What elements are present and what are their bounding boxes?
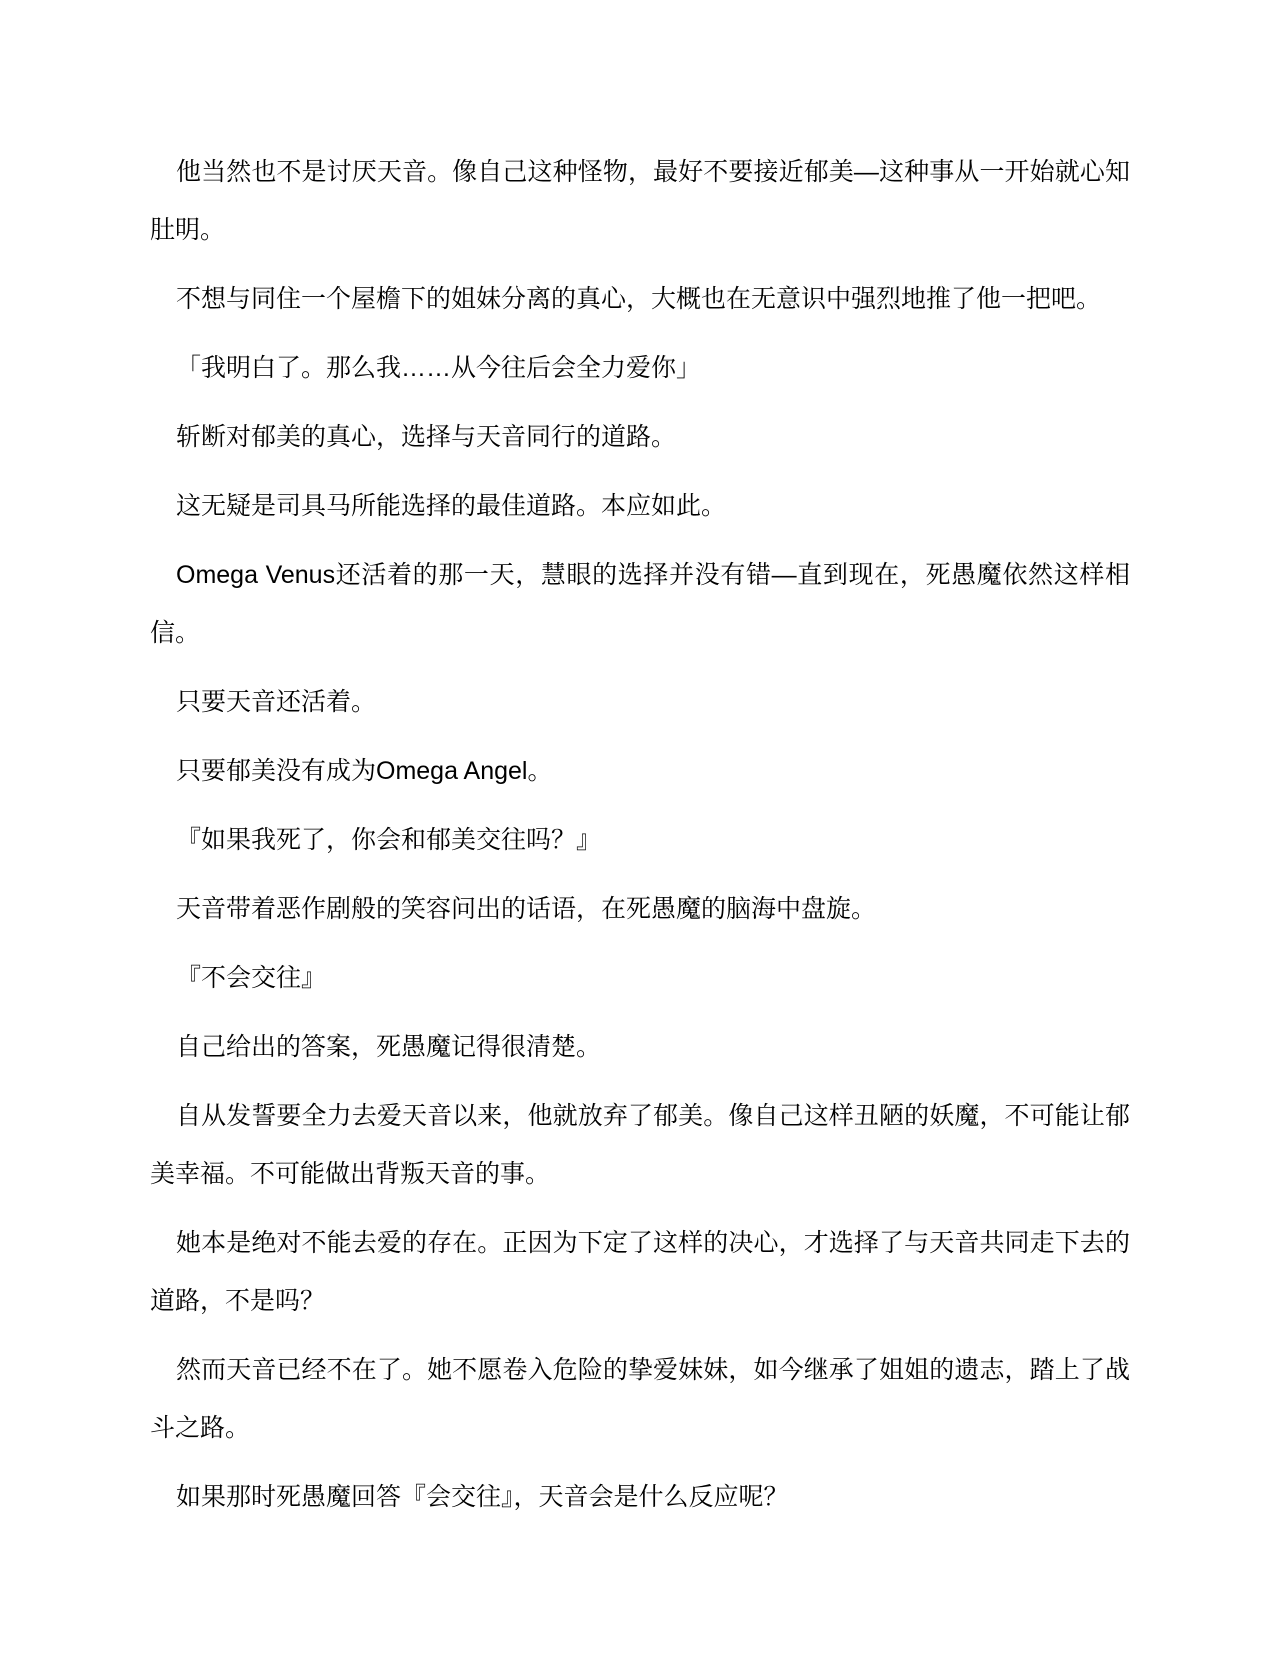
- paragraph: 『不会交往』: [150, 949, 1130, 1007]
- paragraph: 不想与同住一个屋檐下的姐妹分离的真心，大概也在无意识中强烈地推了他一把吧。: [150, 270, 1130, 328]
- paragraph: 她本是绝对不能去爱的存在。正因为下定了这样的决心，才选择了与天音共同走下去的道路…: [150, 1214, 1130, 1330]
- paragraph: 只要郁美没有成为Omega Angel。: [150, 742, 1130, 800]
- paragraph: Omega Venus还活着的那一天，慧眼的选择并没有错—直到现在，死愚魔依然这…: [150, 546, 1130, 662]
- paragraph: 然而天音已经不在了。她不愿卷入危险的挚爱妹妹，如今继承了姐姐的遗志，踏上了战斗之…: [150, 1341, 1130, 1457]
- paragraph: 如果那时死愚魔回答『会交往』，天音会是什么反应呢？: [150, 1468, 1130, 1526]
- paragraph: 「我明白了。那么我……从今往后会全力爱你」: [150, 339, 1130, 397]
- paragraph: 自从发誓要全力去爱天音以来，他就放弃了郁美。像自己这样丑陋的妖魔，不可能让郁美幸…: [150, 1087, 1130, 1203]
- paragraph: 他当然也不是讨厌天音。像自己这种怪物，最好不要接近郁美—这种事从一开始就心知肚明…: [150, 143, 1130, 259]
- paragraph: 天音带着恶作剧般的笑容问出的话语，在死愚魔的脑海中盘旋。: [150, 880, 1130, 938]
- paragraph: 『如果我死了，你会和郁美交往吗？』: [150, 811, 1130, 869]
- paragraph: 斩断对郁美的真心，选择与天音同行的道路。: [150, 408, 1130, 466]
- document-page: 他当然也不是讨厌天音。像自己这种怪物，最好不要接近郁美—这种事从一开始就心知肚明…: [0, 0, 1280, 1656]
- paragraph: 自己给出的答案，死愚魔记得很清楚。: [150, 1018, 1130, 1076]
- paragraph: 这无疑是司具马所能选择的最佳道路。本应如此。: [150, 477, 1130, 535]
- paragraph: 只要天音还活着。: [150, 673, 1130, 731]
